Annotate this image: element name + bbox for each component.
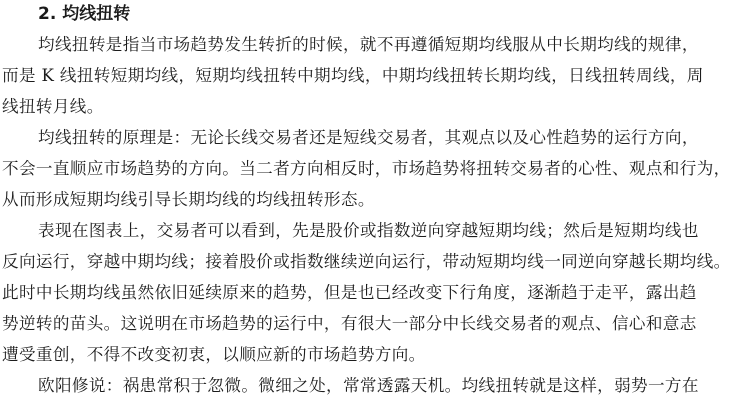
paragraph-3-line-2: 反向运行，穿越中期均线；接着股价或指数继续逆向运行，带动短期均线一同逆向穿越长期… — [2, 252, 732, 272]
paragraph-3-line-1: 表现在图表上，交易者可以看到，先是股价或指数逆向穿越短期均线；然后是短期均线也 — [38, 221, 732, 241]
paragraph-2-line-3: 从而形成短期均线引导长期均线的均线扭转形态。 — [2, 190, 732, 210]
paragraph-4-line-1: 欧阳修说：祸患常积于忽微。微细之处，常常透露天机。均线扭转就是这样，弱势一方在 — [38, 376, 732, 396]
paragraph-3-line-3: 此时中长期均线虽然依旧延续原来的趋势，但是也已经改变下行角度，逐渐趋于走平，露出… — [2, 283, 732, 303]
document-page: 2. 均线扭转 均线扭转是指当市场趋势发生转折的时候，就不再遵循短期均线服从中长… — [0, 0, 734, 404]
paragraph-1-line-3: 线扭转月线。 — [2, 97, 732, 117]
paragraph-1-line-1: 均线扭转是指当市场趋势发生转折的时候，就不再遵循短期均线服从中长期均线的规律， — [38, 35, 732, 55]
paragraph-2-line-1: 均线扭转的原理是：无论长线交易者还是短线交易者，其观点以及心性趋势的运行方向， — [38, 128, 732, 148]
section-heading: 2. 均线扭转 — [38, 3, 130, 25]
paragraph-3-line-5: 遭受重创，不得不改变初衷，以顺应新的市场趋势方向。 — [2, 345, 732, 365]
paragraph-1-line-2: 而是 K 线扭转短期均线，短期均线扭转中期均线，中期均线扭转长期均线，日线扭转周… — [2, 66, 732, 86]
paragraph-3-line-4: 势逆转的苗头。这说明在市场趋势的运行中，有很大一部分中长线交易者的观点、信心和意… — [2, 314, 732, 334]
paragraph-2-line-2: 不会一直顺应市场趋势的方向。当二者方向相反时，市场趋势将扭转交易者的心性、观点和… — [2, 159, 732, 179]
